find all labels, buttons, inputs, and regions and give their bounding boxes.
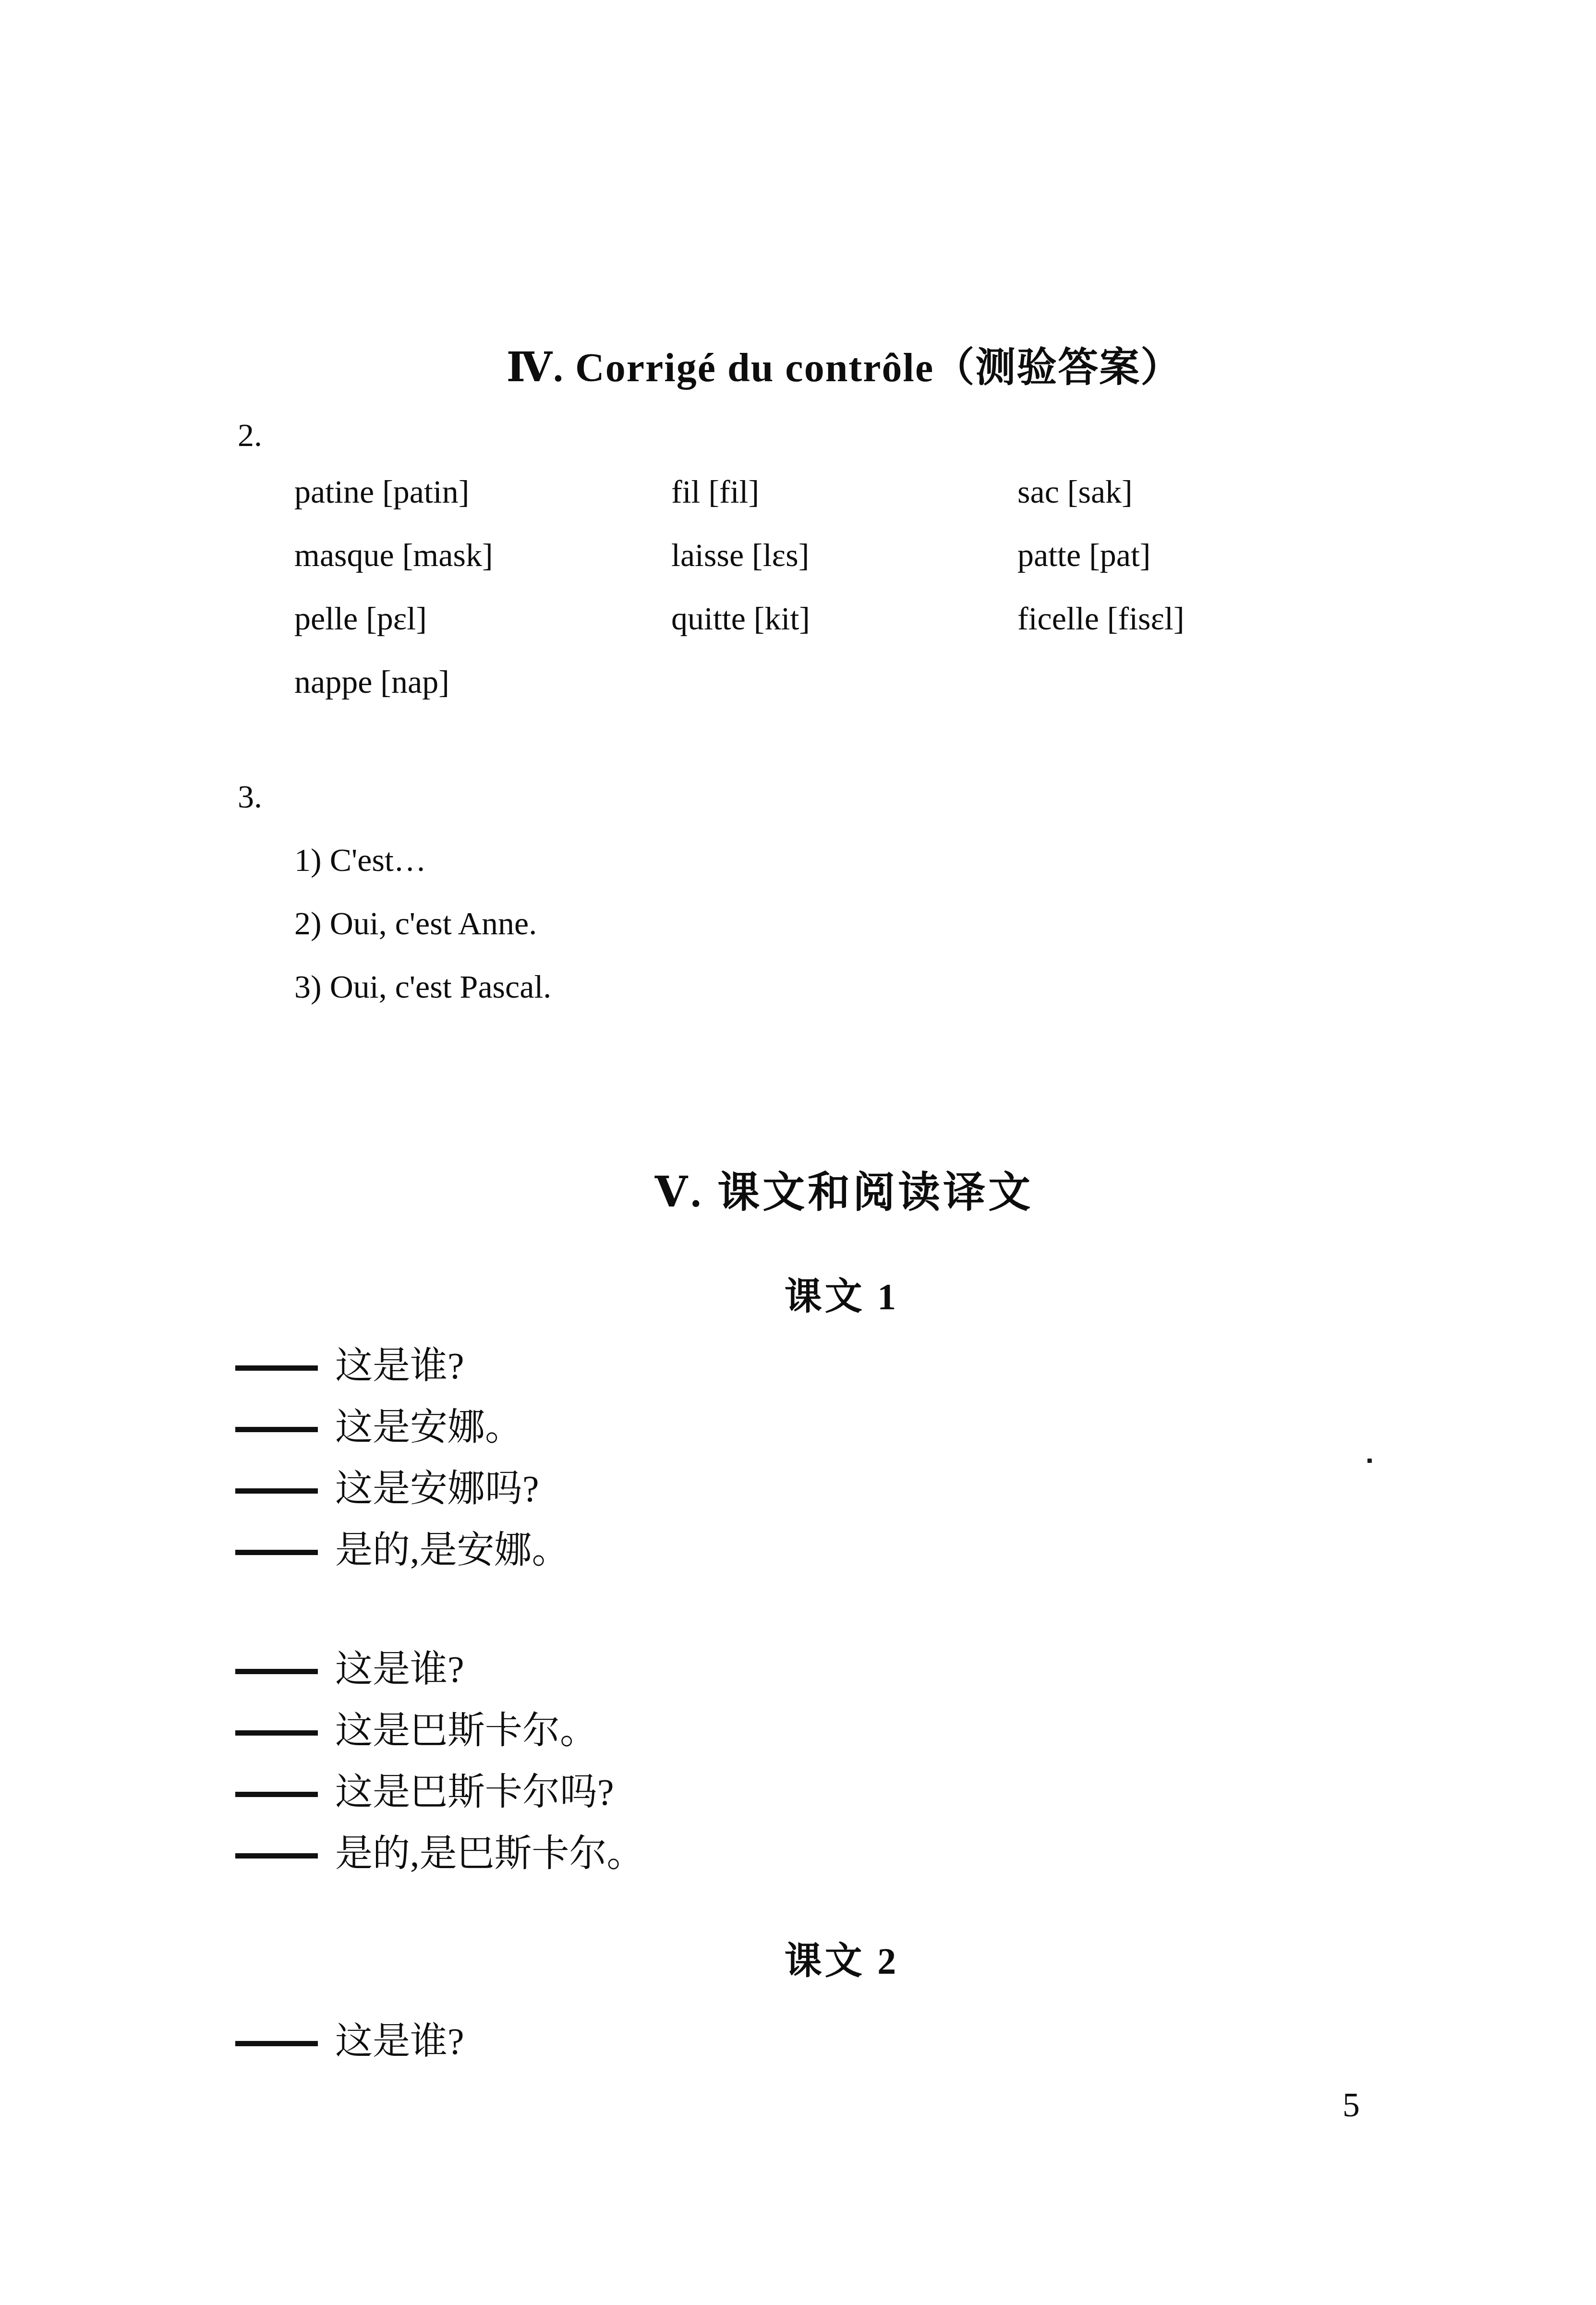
dash-leader <box>235 1853 318 1858</box>
dialogue-text: 这是谁? <box>335 2023 464 2060</box>
dialogue-line: 是的,是巴斯卡尔。 <box>235 1835 644 1872</box>
word-cell: masque [mask] <box>294 539 671 571</box>
answer-line: 3) Oui, c'est Pascal. <box>294 970 551 1003</box>
dialogue-line: 这是巴斯卡尔。 <box>235 1712 644 1750</box>
dash-leader <box>235 1792 318 1797</box>
word-cell: nappe [nap] <box>294 665 671 698</box>
lesson2-title: 课文 2 <box>785 1931 899 1985</box>
dialogue-text: 是的,是安娜。 <box>335 1532 569 1569</box>
word-row: nappe [nap] <box>294 665 1500 698</box>
lesson1-title: 课文 1 <box>785 1267 899 1320</box>
dash-leader <box>235 1730 318 1736</box>
scanned-book-page: Ⅳ. Corrigé du contrôle（测验答案） 2. patine [… <box>0 0 1596 2305</box>
word-cell <box>671 665 1017 698</box>
dialogue-group-2: 这是谁? 这是巴斯卡尔。 这是巴斯卡尔吗? 是的,是巴斯卡尔。 <box>235 1651 644 1872</box>
dash-leader <box>235 1488 318 1494</box>
answers-list: 1) C'est… 2) Oui, c'est Anne. 3) Oui, c'… <box>294 844 551 1003</box>
dialogue-group-3: 这是谁? <box>235 2023 464 2060</box>
item-2-label: 2. <box>238 419 262 451</box>
word-row: pelle [pɛl] quitte [kit] ficelle [fisɛl] <box>294 602 1500 635</box>
item-3-label: 3. <box>238 780 262 813</box>
dialogue-line: 是的,是安娜。 <box>235 1532 569 1569</box>
dialogue-text: 这是安娜。 <box>335 1409 522 1446</box>
dash-leader <box>235 1669 318 1674</box>
dash-leader <box>235 1550 318 1555</box>
word-cell: ficelle [fisɛl] <box>1017 602 1500 635</box>
scan-artifact-dot <box>1367 1459 1372 1463</box>
word-cell: patte [pat] <box>1017 539 1500 571</box>
dialogue-line: 这是谁? <box>235 1347 569 1385</box>
dash-leader <box>235 2041 318 2046</box>
dash-leader <box>235 1427 318 1432</box>
word-cell: pelle [pɛl] <box>294 602 671 635</box>
dialogue-text: 是的,是巴斯卡尔。 <box>335 1835 644 1872</box>
answer-line: 2) Oui, c'est Anne. <box>294 907 551 940</box>
phonetic-word-grid: patine [patin] fil [fil] sac [sak] masqu… <box>294 475 1500 698</box>
page-number: 5 <box>1342 2088 1360 2122</box>
dialogue-text: 这是巴斯卡尔吗? <box>335 1774 614 1811</box>
word-cell <box>1017 665 1500 698</box>
word-cell: sac [sak] <box>1017 475 1500 508</box>
dialogue-line: 这是巴斯卡尔吗? <box>235 1774 644 1811</box>
dialogue-text: 这是谁? <box>335 1347 464 1385</box>
section4-title: Ⅳ. Corrigé du contrôle（测验答案） <box>507 335 1182 393</box>
section5-title: Ⅴ. 课文和阅读译文 <box>655 1159 1033 1219</box>
word-cell: laisse [lɛs] <box>671 539 1017 571</box>
word-row: patine [patin] fil [fil] sac [sak] <box>294 475 1500 508</box>
dialogue-group-1: 这是谁? 这是安娜。 这是安娜吗? 是的,是安娜。 <box>235 1347 569 1569</box>
word-cell: patine [patin] <box>294 475 671 508</box>
answer-line: 1) C'est… <box>294 844 551 876</box>
word-cell: fil [fil] <box>671 475 1017 508</box>
dash-leader <box>235 1365 318 1371</box>
dialogue-line: 这是谁? <box>235 2023 464 2060</box>
dialogue-line: 这是安娜。 <box>235 1409 569 1446</box>
dialogue-text: 这是谁? <box>335 1651 464 1688</box>
dialogue-line: 这是谁? <box>235 1651 644 1688</box>
dialogue-text: 这是安娜吗? <box>335 1470 539 1508</box>
dialogue-text: 这是巴斯卡尔。 <box>335 1712 597 1750</box>
word-row: masque [mask] laisse [lɛs] patte [pat] <box>294 539 1500 571</box>
word-cell: quitte [kit] <box>671 602 1017 635</box>
dialogue-line: 这是安娜吗? <box>235 1470 569 1508</box>
